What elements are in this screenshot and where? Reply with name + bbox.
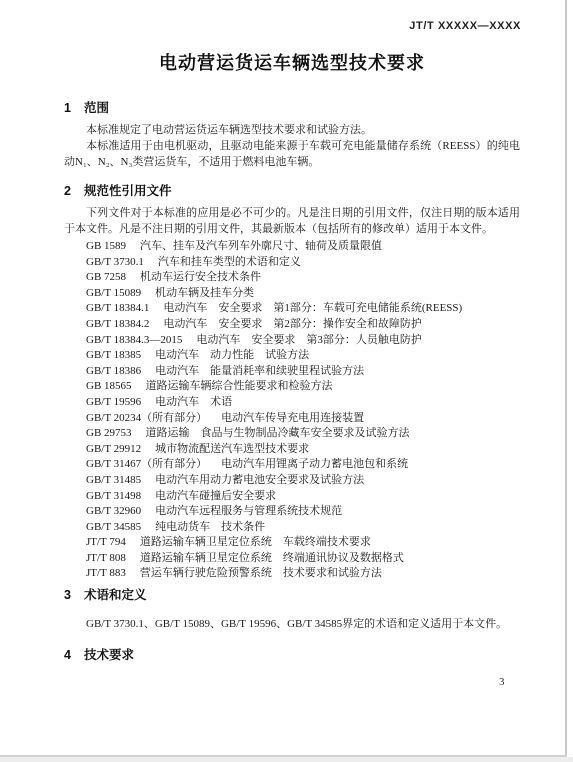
reference-standard-code: GB/T 31485 <box>86 473 141 489</box>
reference-standard-code: GB 1589 <box>86 239 126 255</box>
section-2-number: 2 <box>64 184 71 198</box>
reference-item: JT/T 883营运车辆行驶危险预警系统 技术要求和试验方法 <box>86 566 520 582</box>
reference-standard-title: 汽车和挂车类型的术语和定义 <box>158 255 301 271</box>
reference-standard-code: GB/T 29912 <box>86 442 141 458</box>
reference-standard-code: JT/T 808 <box>86 551 126 567</box>
reference-item: GB/T 18384.1电动汽车 安全要求 第1部分：车载可充电储能系统(REE… <box>86 301 520 317</box>
reference-standard-code: GB/T 18385 <box>86 348 141 364</box>
reference-item: JT/T 808道路运输车辆卫星定位系统 终端通讯协议及数据格式 <box>86 551 520 567</box>
section-4-number: 4 <box>64 648 71 662</box>
reference-item: GB/T 20234（所有部分）电动汽车传导充电用连接装置 <box>86 411 520 427</box>
reference-standard-title: 电动汽车 安全要求 第2部分：操作安全和故障防护 <box>163 317 422 333</box>
reference-standard-code: GB/T 18384.1 <box>86 301 149 317</box>
section-1-paragraph-2: 本标准适用于由电机驱动，且驱动电能来源于车载可充电能量储存系统（REESS）的纯… <box>64 138 520 170</box>
reference-item: GB/T 18384.3—2015电动汽车 安全要求 第3部分：人员触电防护 <box>86 333 520 349</box>
reference-item: GB 7258机动车运行安全技术条件 <box>86 270 520 286</box>
reference-standard-title: 城市物流配送汽车选型技术要求 <box>155 442 309 458</box>
reference-standard-code: GB 18565 <box>86 379 132 395</box>
reference-item: GB/T 31485电动汽车用动力蓄电池安全要求及试验方法 <box>86 473 520 489</box>
reference-standard-code: GB/T 18386 <box>86 364 141 380</box>
reference-standard-title: 汽车、挂车及汽车列车外廓尺寸、轴荷及质量限值 <box>140 239 382 255</box>
reference-standard-code: GB/T 34585 <box>86 520 141 536</box>
document-content: 电动营运货运车辆选型技术要求 1范围 本标准规定了电动营运货运车辆选型技术要求和… <box>64 0 520 662</box>
section-4-heading: 4技术要求 <box>64 648 520 662</box>
reference-standard-code: GB/T 3730.1 <box>86 255 144 271</box>
reference-item: GB/T 31498电动汽车碰撞后安全要求 <box>86 489 520 505</box>
section-1-number: 1 <box>64 101 71 115</box>
reference-standard-title: 电动汽车 术语 <box>155 395 232 411</box>
reference-standard-code: GB 29753 <box>86 426 132 442</box>
reference-item: GB 29753道路运输 食品与生物制品冷藏车安全要求及试验方法 <box>86 426 520 442</box>
reference-item: GB/T 32960电动汽车远程服务与管理系统技术规范 <box>86 504 520 520</box>
section-3-number: 3 <box>64 588 71 602</box>
section-1-heading: 1范围 <box>64 101 520 115</box>
page-number: 3 <box>499 676 505 688</box>
reference-standard-code: GB/T 32960 <box>86 504 141 520</box>
section-2-title: 规范性引用文件 <box>84 184 172 198</box>
reference-standard-title: 电动汽车用锂离子动力蓄电池包和系统 <box>221 457 408 473</box>
reference-item: GB/T 34585纯电动货车 技术条件 <box>86 520 520 536</box>
reference-standard-code: JT/T 883 <box>86 566 126 582</box>
reference-standard-code: JT/T 794 <box>86 535 126 551</box>
section-1-title: 范围 <box>84 101 109 115</box>
reference-standard-code: GB/T 20234（所有部分） <box>86 411 207 427</box>
document-page: JT/T XXXXX—XXXX 电动营运货运车辆选型技术要求 1范围 本标准规定… <box>0 0 573 762</box>
section-3-heading: 3术语和定义 <box>64 588 520 602</box>
reference-standard-title: 道路运输车辆卫星定位系统 终端通讯协议及数据格式 <box>140 551 404 567</box>
section-1-paragraph-1: 本标准规定了电动营运货运车辆选型技术要求和试验方法。 <box>64 122 520 138</box>
reference-standard-code: GB/T 18384.2 <box>86 317 149 333</box>
reference-standard-title: 电动汽车 安全要求 第3部分：人员触电防护 <box>196 333 422 349</box>
reference-standard-title: 电动汽车传导充电用连接装置 <box>221 411 364 427</box>
reference-standard-title: 机动车辆及挂车分类 <box>155 286 254 302</box>
reference-item: GB/T 18385电动汽车 动力性能 试验方法 <box>86 348 520 364</box>
reference-standard-code: GB/T 31467（所有部分） <box>86 457 207 473</box>
reference-item: GB/T 29912城市物流配送汽车选型技术要求 <box>86 442 520 458</box>
reference-item: GB/T 18384.2电动汽车 安全要求 第2部分：操作安全和故障防护 <box>86 317 520 333</box>
reference-standard-code: GB/T 19596 <box>86 395 141 411</box>
reference-standard-title: 电动汽车用动力蓄电池安全要求及试验方法 <box>155 473 364 489</box>
reference-item: GB 1589汽车、挂车及汽车列车外廓尺寸、轴荷及质量限值 <box>86 239 520 255</box>
document-title: 电动营运货运车辆选型技术要求 <box>64 52 520 74</box>
reference-standard-title: 电动汽车 安全要求 第1部分：车载可充电储能系统(REESS) <box>163 301 462 317</box>
section-4-title: 技术要求 <box>84 648 134 662</box>
section-2-intro: 下列文件对于本标准的应用是必不可少的。凡是注日期的引用文件，仅注日期的版本适用于… <box>64 205 520 237</box>
scan-margin-strip <box>0 757 573 762</box>
reference-standard-title: 道路运输 食品与生物制品冷藏车安全要求及试验方法 <box>146 426 410 442</box>
reference-item: GB/T 19596电动汽车 术语 <box>86 395 520 411</box>
reference-standard-code: GB/T 18384.3—2015 <box>86 333 182 349</box>
reference-standard-title: 营运车辆行驶危险预警系统 技术要求和试验方法 <box>140 566 382 582</box>
reference-standard-title: 纯电动货车 技术条件 <box>155 520 265 536</box>
reference-list: GB 1589汽车、挂车及汽车列车外廓尺寸、轴荷及质量限值 GB/T 3730.… <box>64 239 520 582</box>
reference-standard-title: 道路运输车辆卫星定位系统 车载终端技术要求 <box>140 535 371 551</box>
reference-standard-title: 机动车运行安全技术条件 <box>140 270 261 286</box>
reference-standard-title: 电动汽车远程服务与管理系统技术规范 <box>155 504 342 520</box>
reference-standard-title: 电动汽车 动力性能 试验方法 <box>155 348 309 364</box>
reference-standard-code: GB/T 15089 <box>86 286 141 302</box>
section-2-heading: 2规范性引用文件 <box>64 184 520 198</box>
reference-item: GB/T 15089机动车辆及挂车分类 <box>86 286 520 302</box>
section-3-title: 术语和定义 <box>84 588 147 602</box>
reference-item: GB/T 18386电动汽车 能量消耗率和续驶里程试验方法 <box>86 364 520 380</box>
section-3-paragraph-1: GB/T 3730.1、GB/T 15089、GB/T 19596、GB/T 3… <box>64 616 520 632</box>
reference-standard-code: GB/T 31498 <box>86 489 141 505</box>
reference-standard-title: 电动汽车 能量消耗率和续驶里程试验方法 <box>155 364 364 380</box>
reference-item: GB/T 31467（所有部分）电动汽车用锂离子动力蓄电池包和系统 <box>86 457 520 473</box>
page-right-edge <box>565 0 567 757</box>
reference-standard-title: 道路运输车辆综合性能要求和检验方法 <box>146 379 333 395</box>
reference-standard-title: 电动汽车碰撞后安全要求 <box>155 489 276 505</box>
reference-standard-code: GB 7258 <box>86 270 126 286</box>
reference-item: JT/T 794道路运输车辆卫星定位系统 车载终端技术要求 <box>86 535 520 551</box>
reference-item: GB 18565道路运输车辆综合性能要求和检验方法 <box>86 379 520 395</box>
reference-item: GB/T 3730.1汽车和挂车类型的术语和定义 <box>86 255 520 271</box>
